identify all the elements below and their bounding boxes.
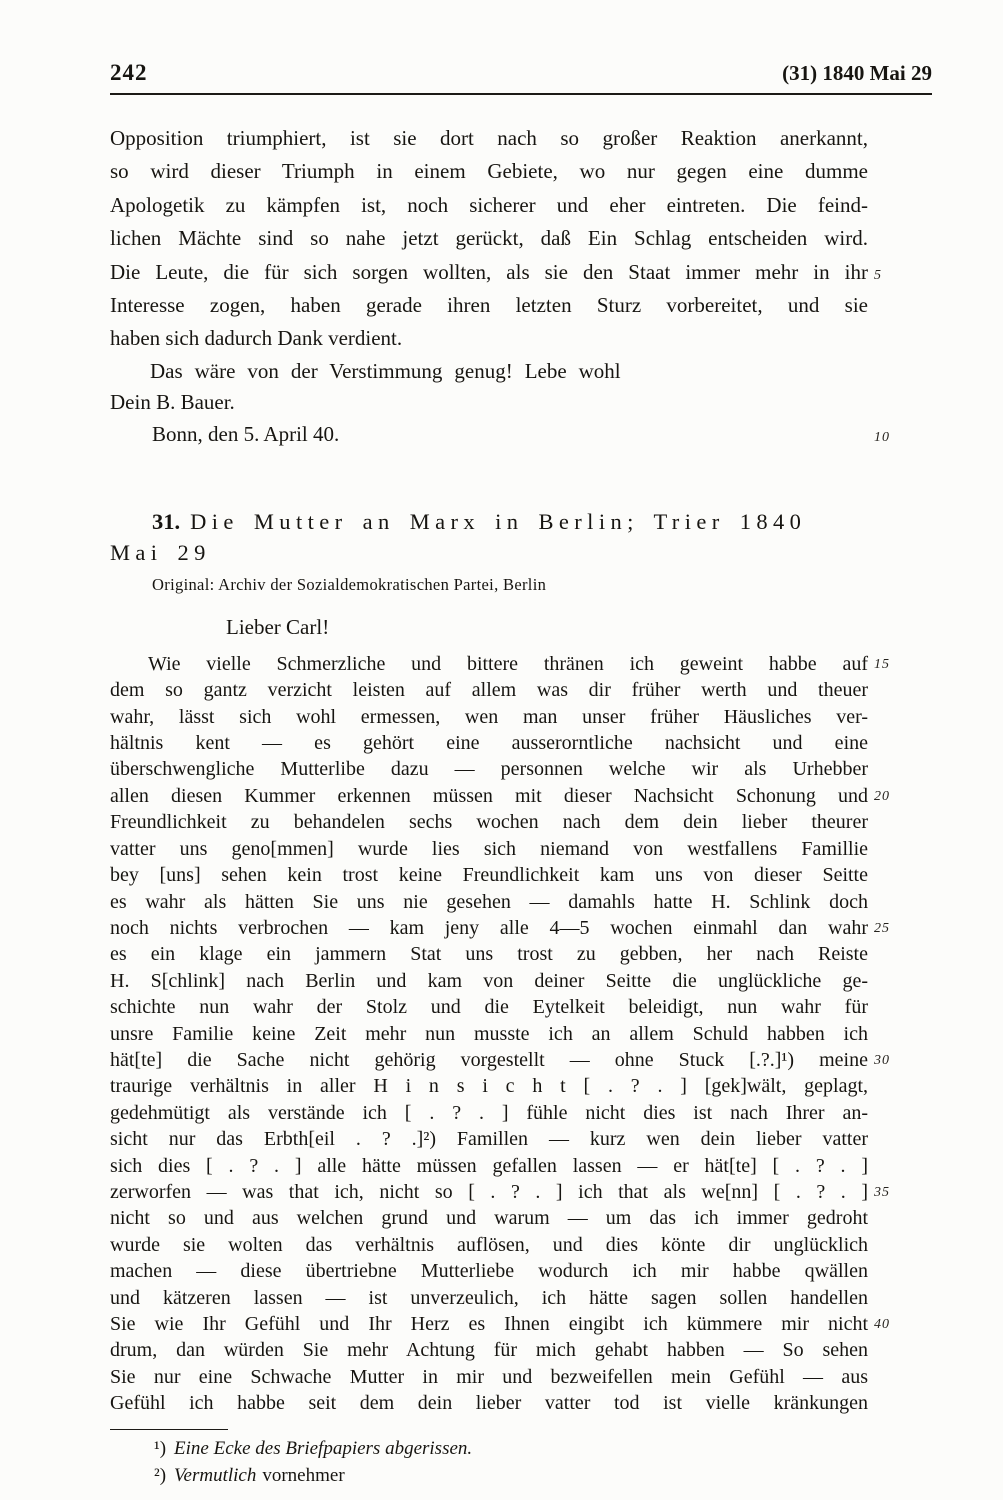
footnote-1-marker: ¹): [154, 1438, 166, 1459]
text-line-content: traurige verhältnis in aller H i n s i c…: [110, 1075, 868, 1097]
text-line: und kätzeren lassen — ist unverzeulich, …: [110, 1285, 868, 1311]
text-line-content: nicht so und aus welchen grund und warum…: [110, 1207, 868, 1229]
margin-line-number: 25: [874, 916, 890, 942]
text-line: unsre Familie keine Zeit mehr nun musste…: [110, 1021, 868, 1047]
date-line: Bonn, den 5. April 40. 10: [110, 419, 868, 450]
text-line: drum, dan würden Sie mehr Achtung für mi…: [110, 1337, 868, 1363]
letter-heading-line2: Mai 29: [110, 537, 868, 568]
text-line: überschwengliche Mutterlibe dazu — perso…: [110, 756, 868, 782]
margin-line-number: 40: [874, 1312, 890, 1338]
text-line-content: so wird dieser Triumph in einem Gebiete,…: [110, 159, 868, 183]
margin-line-number: 30: [874, 1048, 890, 1074]
text-line: Sie nur eine Schwache Mutter in mir und …: [110, 1364, 868, 1390]
text-line: bey [uns] sehen kein trost keine Freundl…: [110, 862, 868, 888]
margin-line-number: 10: [874, 422, 890, 453]
source-note: Original: Archiv der Sozialdemokratische…: [110, 575, 868, 595]
text-line-content: sicht nur das Erbth[eil . ? .]²) Famille…: [110, 1128, 868, 1150]
text-line-content: Die Leute, die für sich sorgen wollten, …: [110, 260, 868, 284]
book-page: 242 (31) 1840 Mai 29 Opposition triumphi…: [0, 0, 1003, 1500]
text-line: hät[te] die Sache nicht gehörig vorgeste…: [110, 1047, 868, 1073]
text-line: zerworfen — was that ich, nicht so [ . ?…: [110, 1179, 868, 1205]
text-line-content: es ein klage ein jammern Stat uns trost …: [110, 943, 868, 965]
running-header: 242 (31) 1840 Mai 29: [110, 60, 932, 95]
text-line-content: schichte nun wahr der Stolz und die Eyte…: [110, 996, 868, 1018]
footnote-separator: [110, 1429, 228, 1430]
text-line: Wie vielle Schmerzliche und bittere thrä…: [110, 651, 868, 677]
text-line-content: Apologetik zu kämpfen ist, noch sicherer…: [110, 193, 868, 217]
letter-number: 31.: [152, 509, 180, 534]
footnote-2: ²)Vermutlichvornehmer: [110, 1462, 868, 1489]
text-line-content: Gefühl ich habbe seit dem dein lieber va…: [110, 1392, 868, 1414]
text-line-content: wurde sie wolten das verhältnis auflösen…: [110, 1234, 868, 1256]
text-line: machen — diese übertriebne Mutterliebe w…: [110, 1258, 868, 1284]
text-line-content: unsre Familie keine Zeit mehr nun musste…: [110, 1023, 868, 1045]
footnote-2-text-roman: vornehmer: [262, 1465, 344, 1486]
letter-body-paragraph: Wie vielle Schmerzliche und bittere thrä…: [110, 651, 868, 1417]
text-line-content: hät[te] die Sache nicht gehörig vorgeste…: [110, 1049, 868, 1071]
text-line-content: gedehmütigt als verstände ich [ . ? . ] …: [110, 1102, 868, 1124]
previous-letter-paragraph: Opposition triumphiert, ist sie dort nac…: [110, 122, 868, 356]
text-line: so wird dieser Triumph in einem Gebiete,…: [110, 155, 868, 188]
text-line: vatter uns geno[mmen] wurde lies sich ni…: [110, 836, 868, 862]
text-line: hältnis kent — es gehört eine ausserornt…: [110, 730, 868, 756]
text-line-content: hältnis kent — es gehört eine ausserornt…: [110, 732, 868, 754]
text-line-content: noch nichts verbrochen — kam jeny alle 4…: [110, 917, 868, 939]
text-line: Gefühl ich habbe seit dem dein lieber va…: [110, 1390, 868, 1416]
footnotes: ¹)Eine Ecke des Briefpapiers abgerissen.…: [110, 1435, 868, 1489]
text-line: wahr, lässt sich wohl ermessen, wen man …: [110, 704, 868, 730]
text-line-content: es wahr als hätten Sie uns nie gesehen —…: [110, 891, 868, 913]
margin-line-number: 15: [874, 652, 890, 678]
text-line: Apologetik zu kämpfen ist, noch sicherer…: [110, 189, 868, 222]
text-line-content: Wie vielle Schmerzliche und bittere thrä…: [148, 653, 868, 675]
date-line-text: Bonn, den 5. April 40.: [152, 422, 339, 446]
text-line: sich dies [ . ? . ] alle hätte müssen ge…: [110, 1153, 868, 1179]
text-line: es wahr als hätten Sie uns nie gesehen —…: [110, 889, 868, 915]
text-line: Die Leute, die für sich sorgen wollten, …: [110, 256, 868, 289]
letter-heading-line1: 31.Die Mutter an Marx in Berlin; Trier 1…: [110, 506, 868, 537]
text-line-content: H. S[chlink] nach Berlin und kam von dei…: [110, 970, 868, 992]
footnote-1: ¹)Eine Ecke des Briefpapiers abgerissen.: [110, 1435, 868, 1462]
text-line-content: Opposition triumphiert, ist sie dort nac…: [110, 126, 868, 150]
text-line-content: haben sich dadurch Dank verdient.: [110, 326, 402, 350]
text-line: traurige verhältnis in aller H i n s i c…: [110, 1073, 868, 1099]
text-line-content: machen — diese übertriebne Mutterliebe w…: [110, 1260, 868, 1282]
salutation: Lieber Carl!: [110, 615, 868, 640]
text-line: haben sich dadurch Dank verdient.: [110, 322, 868, 355]
footnote-1-text: Eine Ecke des Briefpapiers abgerissen.: [174, 1438, 472, 1459]
footnote-2-text-italic: Vermutlich: [174, 1465, 256, 1486]
text-line-content: lichen Mächte sind so nahe jetzt gerückt…: [110, 226, 868, 250]
text-line: nicht so und aus welchen grund und warum…: [110, 1205, 868, 1231]
header-letter-date: (31) 1840 Mai 29: [782, 61, 932, 86]
text-line-content: vatter uns geno[mmen] wurde lies sich ni…: [110, 838, 868, 860]
text-line: H. S[chlink] nach Berlin und kam von dei…: [110, 968, 868, 994]
text-line-content: bey [uns] sehen kein trost keine Freundl…: [110, 864, 868, 886]
text-line-content: drum, dan würden Sie mehr Achtung für mi…: [110, 1339, 868, 1361]
page-content: Opposition triumphiert, ist sie dort nac…: [110, 122, 868, 1489]
text-line: gedehmütigt als verstände ich [ . ? . ] …: [110, 1100, 868, 1126]
margin-line-number: 20: [874, 784, 890, 810]
page-number: 242: [110, 60, 148, 86]
text-line: allen diesen Kummer erkennen müssen mit …: [110, 783, 868, 809]
text-line: Opposition triumphiert, ist sie dort nac…: [110, 122, 868, 155]
text-line: Sie wie Ihr Gefühl und Ihr Herz es Ihnen…: [110, 1311, 868, 1337]
closing-line: Das wäre von der Verstimmung genug! Lebe…: [110, 356, 868, 387]
text-line: noch nichts verbrochen — kam jeny alle 4…: [110, 915, 868, 941]
letter-title: Die Mutter an Marx in Berlin; Trier 1840: [190, 509, 806, 534]
previous-letter-closing: Das wäre von der Verstimmung genug! Lebe…: [110, 356, 868, 450]
text-line: Interesse zogen, haben gerade ihren letz…: [110, 289, 868, 322]
text-line-content: wahr, lässt sich wohl ermessen, wen man …: [110, 706, 868, 728]
text-line-content: überschwengliche Mutterlibe dazu — perso…: [110, 758, 868, 780]
text-line: wurde sie wolten das verhältnis auflösen…: [110, 1232, 868, 1258]
signature-line: Dein B. Bauer.: [110, 387, 868, 418]
text-line: schichte nun wahr der Stolz und die Eyte…: [110, 994, 868, 1020]
text-line-content: Freundlichkeit zu behandelen sechs woche…: [110, 811, 868, 833]
text-line: dem so gantz verzicht leisten auf allem …: [110, 677, 868, 703]
letter-heading: 31.Die Mutter an Marx in Berlin; Trier 1…: [110, 506, 868, 568]
text-line-content: allen diesen Kummer erkennen müssen mit …: [110, 785, 868, 807]
text-line-content: Sie nur eine Schwache Mutter in mir und …: [110, 1366, 868, 1388]
text-line: lichen Mächte sind so nahe jetzt gerückt…: [110, 222, 868, 255]
text-line-content: zerworfen — was that ich, nicht so [ . ?…: [110, 1181, 868, 1203]
text-line-content: Sie wie Ihr Gefühl und Ihr Herz es Ihnen…: [110, 1313, 868, 1335]
margin-line-number: 5: [874, 259, 882, 292]
text-line: sicht nur das Erbth[eil . ? .]²) Famille…: [110, 1126, 868, 1152]
text-line: es ein klage ein jammern Stat uns trost …: [110, 941, 868, 967]
text-line-content: sich dies [ . ? . ] alle hätte müssen ge…: [110, 1155, 868, 1177]
text-line-content: und kätzeren lassen — ist unverzeulich, …: [110, 1287, 868, 1309]
margin-line-number: 35: [874, 1180, 890, 1206]
text-line-content: Interesse zogen, haben gerade ihren letz…: [110, 293, 868, 317]
text-line: Freundlichkeit zu behandelen sechs woche…: [110, 809, 868, 835]
footnote-2-marker: ²): [154, 1465, 166, 1486]
text-line-content: dem so gantz verzicht leisten auf allem …: [110, 679, 868, 701]
